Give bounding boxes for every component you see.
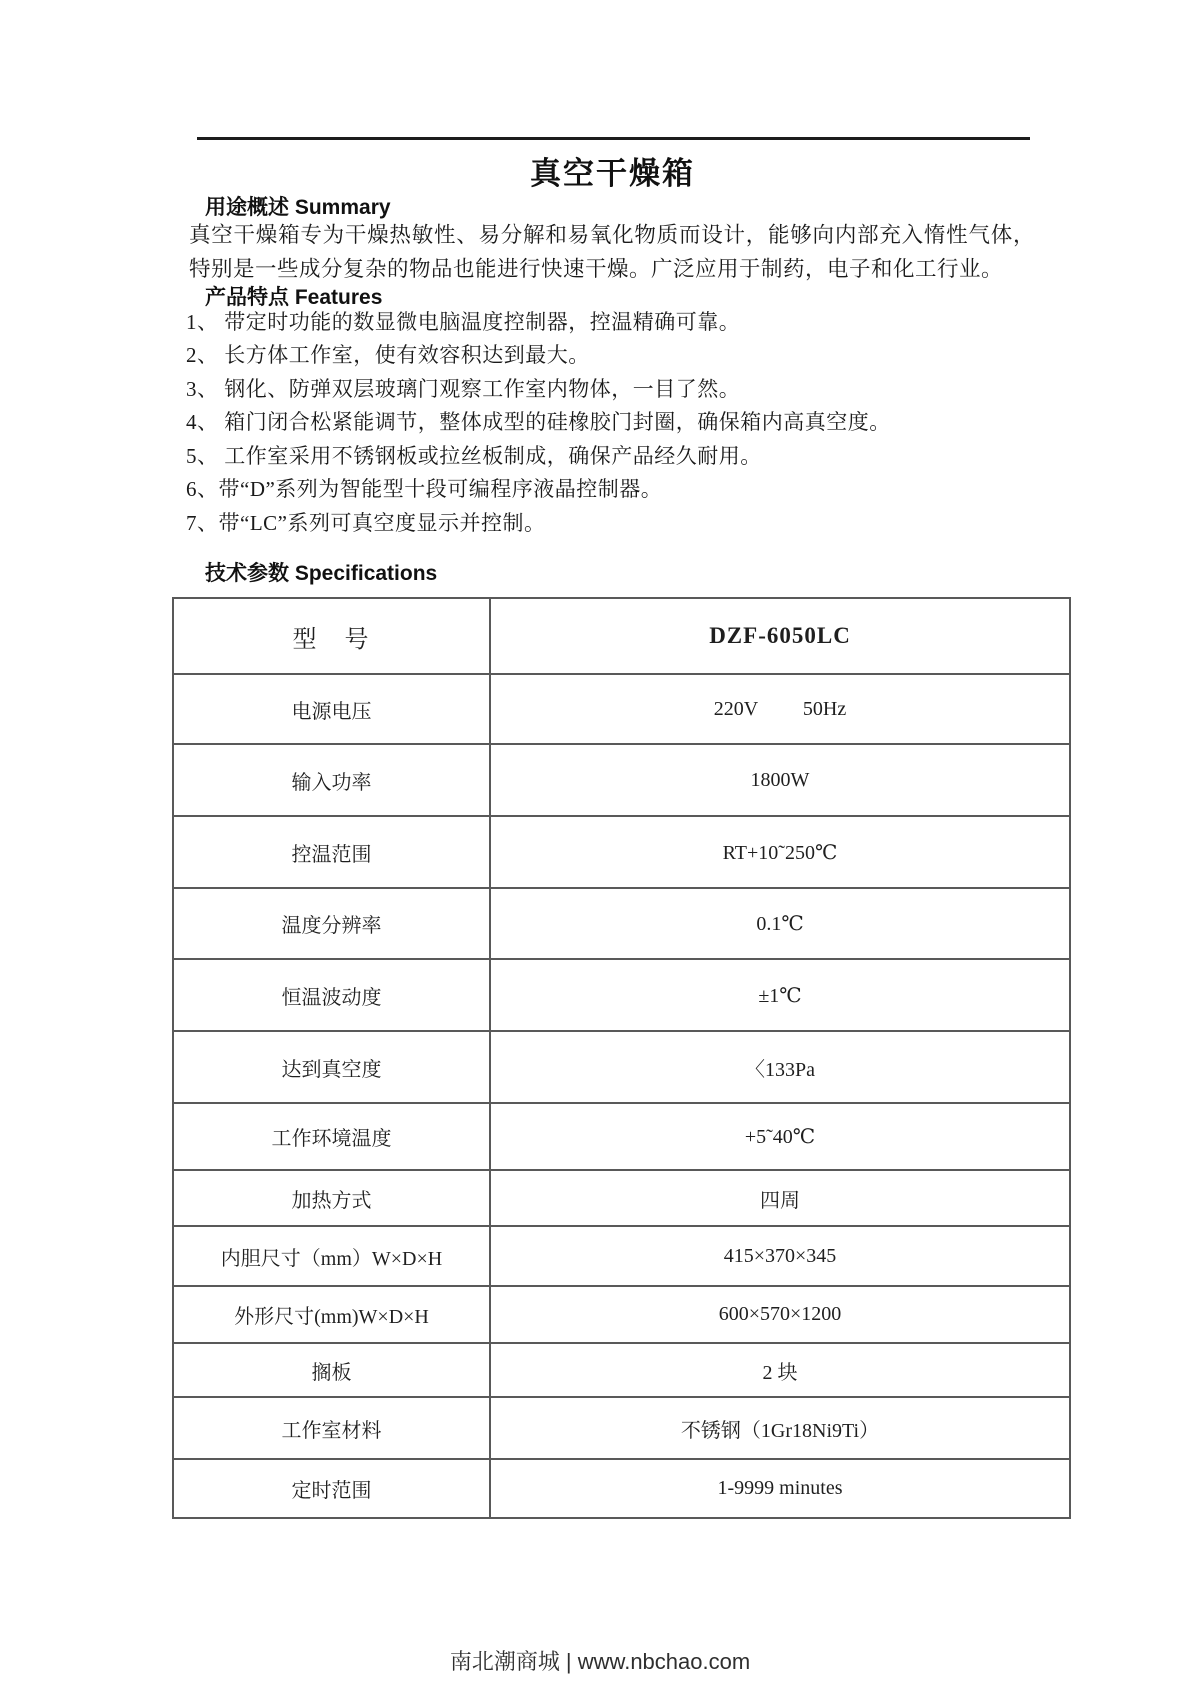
spec-label: 工作室材料 [173, 1397, 490, 1459]
spec-label: 控温范围 [173, 816, 490, 888]
spec-row-inner-size: 内胆尺寸（mm）W×D×H 415×370×345 [173, 1226, 1070, 1286]
footer-text: 南北潮商城 | www.nbchao.com [0, 1645, 1200, 1676]
spec-row-ambient: 工作环境温度 +5˜40℃ [173, 1103, 1070, 1170]
header-rule-divider [197, 137, 1030, 140]
spec-value: 四周 [490, 1170, 1070, 1226]
spec-label: 达到真空度 [173, 1031, 490, 1103]
spec-value: 220V 50Hz [490, 674, 1070, 744]
spec-row-model: 型 号 DZF-6050LC [173, 598, 1070, 674]
spec-value: DZF-6050LC [490, 598, 1070, 674]
feature-item-4: 4、 箱门闭合松紧能调节，整体成型的硅橡胶门封圈，确保箱内高真空度。 [186, 406, 1046, 439]
summary-paragraph: 真空干燥箱专为干燥热敏性、易分解和易氧化物质而设计，能够向内部充入惰性气体，特别… [189, 218, 1035, 286]
spec-value: 〈133Pa [490, 1031, 1070, 1103]
spec-label: 定时范围 [173, 1459, 490, 1518]
spec-label: 型 号 [173, 598, 490, 674]
spec-value: 1800W [490, 744, 1070, 816]
spec-label: 搁板 [173, 1343, 490, 1397]
spec-label: 输入功率 [173, 744, 490, 816]
spec-value: 0.1℃ [490, 888, 1070, 959]
summary-heading: 用途概述 Summary [205, 191, 391, 221]
feature-item-7: 7、带“LC”系列可真空度显示并控制。 [186, 507, 1046, 540]
page-title: 真空干燥箱 [190, 148, 1035, 193]
spec-label: 恒温波动度 [173, 959, 490, 1031]
feature-item-3: 3、 钢化、防弹双层玻璃门观察工作室内物体，一目了然。 [186, 373, 1046, 406]
spec-value: 不锈钢（1Gr18Ni9Ti） [490, 1397, 1070, 1459]
spec-row-temp-range: 控温范围 RT+10˜250℃ [173, 816, 1070, 888]
spec-row-resolution: 温度分辨率 0.1℃ [173, 888, 1070, 959]
spec-value: 600×570×1200 [490, 1286, 1070, 1343]
spec-row-voltage: 电源电压 220V 50Hz [173, 674, 1070, 744]
spec-row-material: 工作室材料 不锈钢（1Gr18Ni9Ti） [173, 1397, 1070, 1459]
feature-item-6: 6、带“D”系列为智能型十段可编程序液晶控制器。 [186, 473, 1046, 506]
spec-label: 温度分辨率 [173, 888, 490, 959]
spec-label: 加热方式 [173, 1170, 490, 1226]
spec-row-outer-size: 外形尺寸(mm)W×D×H 600×570×1200 [173, 1286, 1070, 1343]
spec-value: 2 块 [490, 1343, 1070, 1397]
spec-value: 415×370×345 [490, 1226, 1070, 1286]
spec-label: 外形尺寸(mm)W×D×H [173, 1286, 490, 1343]
spec-label: 电源电压 [173, 674, 490, 744]
specifications-table: 型 号 DZF-6050LC 电源电压 220V 50Hz 输入功率 1800W… [172, 597, 1071, 1519]
features-list: 1、 带定时功能的数显微电脑温度控制器，控温精确可靠。 2、 长方体工作室，使有… [186, 306, 1046, 540]
spec-row-fluctuation: 恒温波动度 ±1℃ [173, 959, 1070, 1031]
spec-row-shelves: 搁板 2 块 [173, 1343, 1070, 1397]
specifications-heading: 技术参数 Specifications [205, 557, 437, 587]
spec-value: 1-9999 minutes [490, 1459, 1070, 1518]
feature-item-1: 1、 带定时功能的数显微电脑温度控制器，控温精确可靠。 [186, 306, 1046, 339]
spec-label: 内胆尺寸（mm）W×D×H [173, 1226, 490, 1286]
spec-value: ±1℃ [490, 959, 1070, 1031]
spec-row-timer: 定时范围 1-9999 minutes [173, 1459, 1070, 1518]
spec-value: RT+10˜250℃ [490, 816, 1070, 888]
document-page: 真空干燥箱 用途概述 Summary 真空干燥箱专为干燥热敏性、易分解和易氧化物… [0, 0, 1200, 1697]
spec-row-power: 输入功率 1800W [173, 744, 1070, 816]
spec-value: +5˜40℃ [490, 1103, 1070, 1170]
spec-row-heating: 加热方式 四周 [173, 1170, 1070, 1226]
feature-item-2: 2、 长方体工作室，使有效容积达到最大。 [186, 339, 1046, 372]
spec-label: 工作环境温度 [173, 1103, 490, 1170]
spec-row-vacuum: 达到真空度 〈133Pa [173, 1031, 1070, 1103]
feature-item-5: 5、 工作室采用不锈钢板或拉丝板制成，确保产品经久耐用。 [186, 440, 1046, 473]
